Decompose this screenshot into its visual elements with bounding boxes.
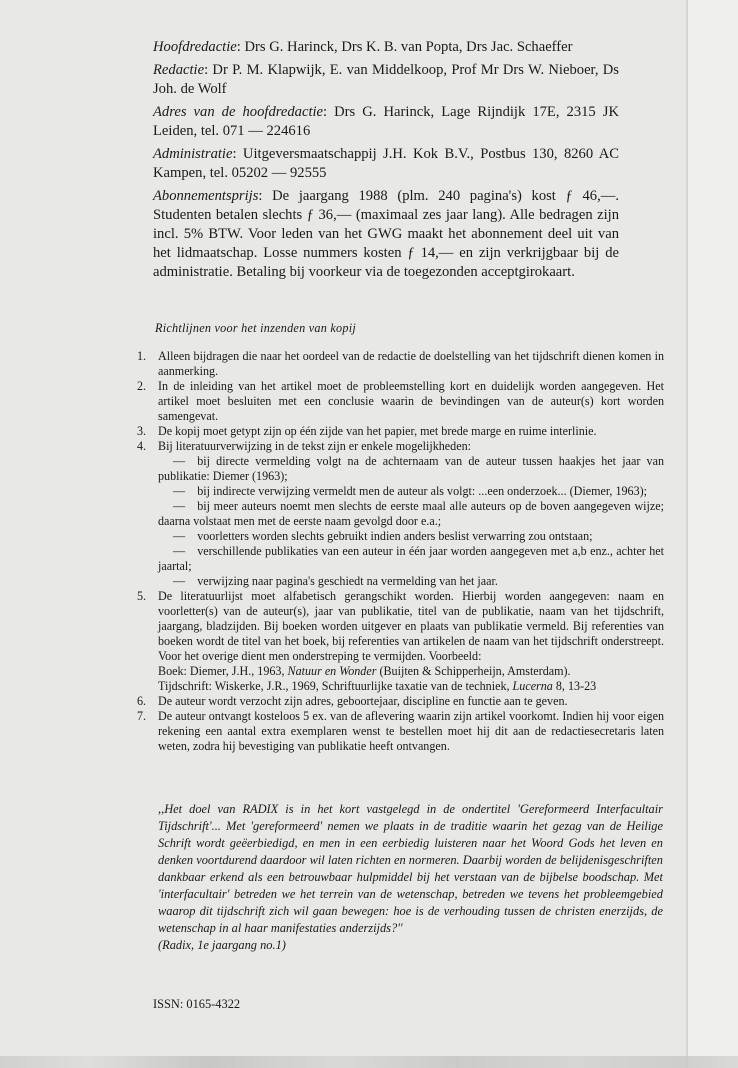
guidelines-list: 1. Alleen bijdragen die naar het oordeel… [137, 349, 664, 754]
book-example-suffix: (Buijten & Schipperheijn, Amsterdam). [376, 664, 570, 678]
dash-subitem: — bij meer auteurs noemt men slechts de … [158, 499, 664, 529]
quote-attribution: (Radix, 1e jaargang no.1) [158, 937, 663, 954]
journal-example-suffix: 8, 13-23 [553, 679, 596, 693]
masthead-label: Abonnementsprijs [153, 188, 258, 204]
book-example-prefix: Boek: Diemer, J.H., 1963, [158, 664, 288, 678]
item-number: 2. [137, 379, 158, 424]
journal-example: Tijdschrift: Wiskerke, J.R., 1969, Schri… [158, 679, 664, 694]
list-item: 7. De auteur ontvangt kosteloos 5 ex. va… [137, 709, 664, 754]
item-text: De auteur ontvangt kosteloos 5 ex. van d… [158, 709, 664, 754]
quote-text: ,,Het doel van RADIX is in het kort vast… [158, 801, 663, 937]
scan-bottom-edge [0, 1056, 738, 1068]
masthead-text: : Drs G. Harinck, Drs K. B. van Popta, D… [237, 39, 573, 55]
dash-subitem: — voorletters worden slechts gebruikt in… [158, 529, 664, 544]
item-text: Bij literatuurverwijzing in de tekst zij… [158, 439, 664, 454]
item-text: De kopij moet getypt zijn op één zijde v… [158, 424, 664, 439]
issn-line: ISSN: 0165-4322 [153, 997, 240, 1012]
item-text: De auteur wordt verzocht zijn adres, geb… [158, 694, 664, 709]
masthead-label: Adres van de hoofdredactie [153, 104, 323, 120]
masthead-label: Administratie [153, 146, 232, 162]
masthead-entry-adres: Adres van de hoofdredactie: Drs G. Harin… [153, 103, 619, 141]
dash-subitem: — bij indirecte verwijzing vermeldt men … [158, 484, 664, 499]
item-text: De literatuurlijst moet alfabetisch gera… [158, 589, 664, 664]
dash-subitem: — verschillende publikaties van een aute… [158, 544, 664, 574]
item-number: 1. [137, 349, 158, 379]
scan-page-edge-line [686, 0, 688, 1068]
list-item: 4. Bij literatuurverwijzing in de tekst … [137, 439, 664, 589]
item-number: 7. [137, 709, 158, 754]
book-title: Natuur en Wonder [288, 664, 377, 678]
masthead-text: : Dr P. M. Klapwijk, E. van Middelkoop, … [153, 62, 619, 97]
masthead-entry-abonnementsprijs: Abonnementsprijs: De jaargang 1988 (plm.… [153, 187, 619, 282]
guidelines-heading: Richtlijnen voor het inzenden van kopij [155, 321, 356, 336]
masthead-entry-administratie: Administratie: Uitgeversmaatschappij J.H… [153, 145, 619, 183]
item-text: Alleen bijdragen die naar het oordeel va… [158, 349, 664, 379]
journal-title: Lucerna [513, 679, 553, 693]
item-body: De literatuurlijst moet alfabetisch gera… [158, 589, 664, 694]
item-number: 3. [137, 424, 158, 439]
masthead-entry-redactie: Redactie: Dr P. M. Klapwijk, E. van Midd… [153, 61, 619, 99]
item-number: 6. [137, 694, 158, 709]
masthead: Hoofdredactie: Drs G. Harinck, Drs K. B.… [153, 38, 619, 286]
list-item: 6. De auteur wordt verzocht zijn adres, … [137, 694, 664, 709]
item-number: 5. [137, 589, 158, 694]
masthead-entry-hoofdredactie: Hoofdredactie: Drs G. Harinck, Drs K. B.… [153, 38, 619, 57]
book-example: Boek: Diemer, J.H., 1963, Natuur en Wond… [158, 664, 664, 679]
list-item: 5. De literatuurlijst moet alfabetisch g… [137, 589, 664, 694]
list-item: 2. In de inleiding van het artikel moet … [137, 379, 664, 424]
dash-subitem: — bij directe vermelding volgt na de ach… [158, 454, 664, 484]
item-body: Bij literatuurverwijzing in de tekst zij… [158, 439, 664, 589]
list-item: 3. De kopij moet getypt zijn op één zijd… [137, 424, 664, 439]
journal-example-prefix: Tijdschrift: Wiskerke, J.R., 1969, Schri… [158, 679, 513, 693]
scanned-journal-colophon-page: Hoofdredactie: Drs G. Harinck, Drs K. B.… [0, 0, 738, 1068]
scan-page-edge-strip [688, 0, 738, 1068]
item-number: 4. [137, 439, 158, 589]
masthead-label: Redactie [153, 62, 204, 78]
item-text: In de inleiding van het artikel moet de … [158, 379, 664, 424]
list-item: 1. Alleen bijdragen die naar het oordeel… [137, 349, 664, 379]
masthead-label: Hoofdredactie [153, 39, 237, 55]
dash-subitem: — verwijzing naar pagina's geschiedt na … [158, 574, 664, 589]
mission-quote: ,,Het doel van RADIX is in het kort vast… [158, 801, 663, 954]
